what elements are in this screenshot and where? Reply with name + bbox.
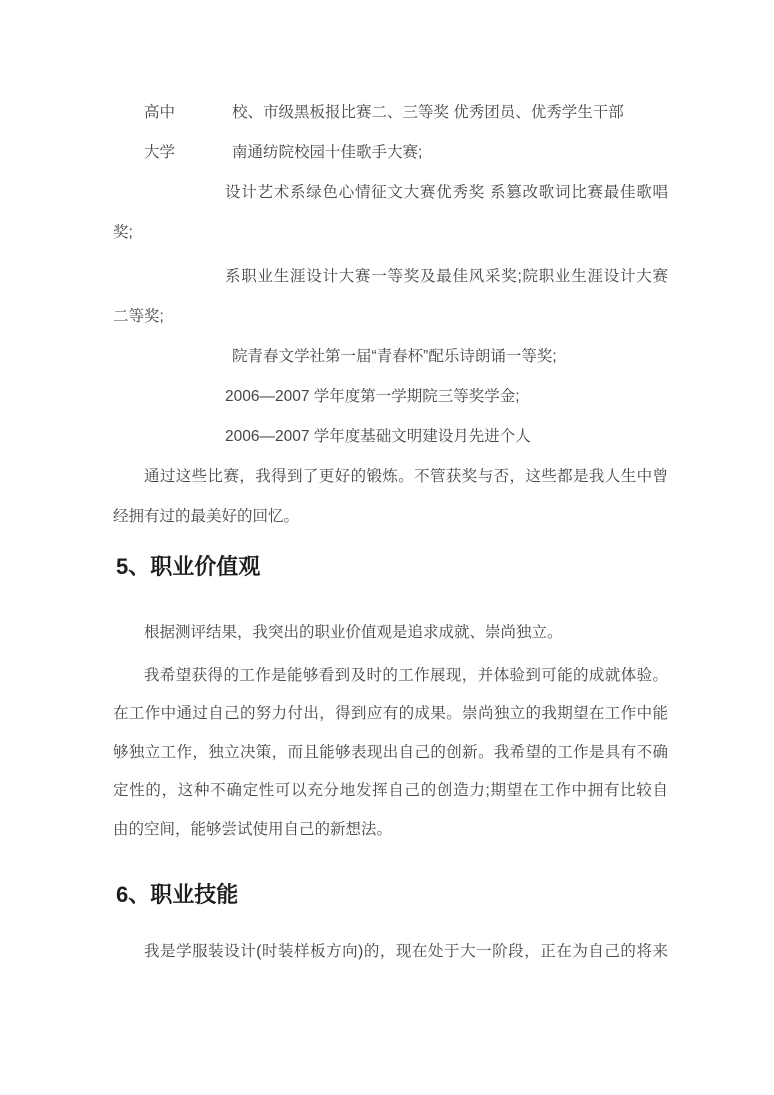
award-item-line: 2006—2007 学年度第一学期院三等奖学金; [113,377,668,417]
paragraph-line: 由的空间，能够尝试使用自己的新想法。 [113,811,668,849]
award-item-line: 院青春文学社第一届“青春杯”配乐诗朗诵一等奖; [113,337,668,377]
career-values-paragraph: 我希望获得的工作是能够看到及时的工作展现，并体验到可能的成就体验。 在工作中通过… [113,657,668,849]
award-entry-text: 南通纺院校园十佳歌手大赛; [232,144,422,161]
section-heading-career-values: 5、职业价值观 [113,547,668,587]
paragraph-line: 我希望获得的工作是能够看到及时的工作展现，并体验到可能的成就体验。 [113,657,668,695]
paragraph-line: 在工作中通过自己的努力付出，得到应有的成果。崇尚独立的我期望在工作中能 [113,695,668,733]
document-content: 高中校、市级黑板报比赛二、三等奖 优秀团员、优秀学生干部 大学南通纺院校园十佳歌… [0,0,668,972]
paragraph-line: 定性的，这种不确定性可以充分地发挥自己的创造力;期望在工作中拥有比较自 [113,772,668,810]
award-item-line-wrap: 二等奖; [113,297,668,337]
paragraph-line: 够独立工作，独立决策，而且能够表现出自己的创新。我希望的工作是具有不确 [113,734,668,772]
award-item-line: 设计艺术系绿色心情征文大赛优秀奖 系篡改歌词比赛最佳歌唱 [113,173,668,213]
award-entry-label: 大学 [144,133,232,173]
award-item-line: 系职业生涯设计大赛一等奖及最佳风采奖;院职业生涯设计大赛 [113,257,668,297]
awards-summary-line: 通过这些比赛，我得到了更好的锻炼。不管获奖与否，这些都是我人生中曾 [113,457,668,497]
section-heading-career-skills: 6、职业技能 [113,875,668,915]
award-entry-university: 大学南通纺院校园十佳歌手大赛; [113,133,668,173]
award-entry-high-school: 高中校、市级黑板报比赛二、三等奖 优秀团员、优秀学生干部 [113,93,668,133]
award-item-line: 2006—2007 学年度基础文明建设月先进个人 [113,417,668,457]
paragraph-line: 我是学服装设计(时装样板方向)的，现在处于大一阶段，正在为自己的将来 [113,932,668,972]
award-item-line-wrap: 奖; [113,213,668,253]
paragraph-line: 根据测评结果，我突出的职业价值观是追求成就、崇尚独立。 [113,613,668,653]
awards-summary-line: 经拥有过的最美好的回忆。 [113,497,668,537]
award-entry-text: 校、市级黑板报比赛二、三等奖 优秀团员、优秀学生干部 [232,104,624,121]
award-entry-label: 高中 [144,93,232,133]
document-page: 高中校、市级黑板报比赛二、三等奖 优秀团员、优秀学生干部 大学南通纺院校园十佳歌… [0,0,774,1095]
